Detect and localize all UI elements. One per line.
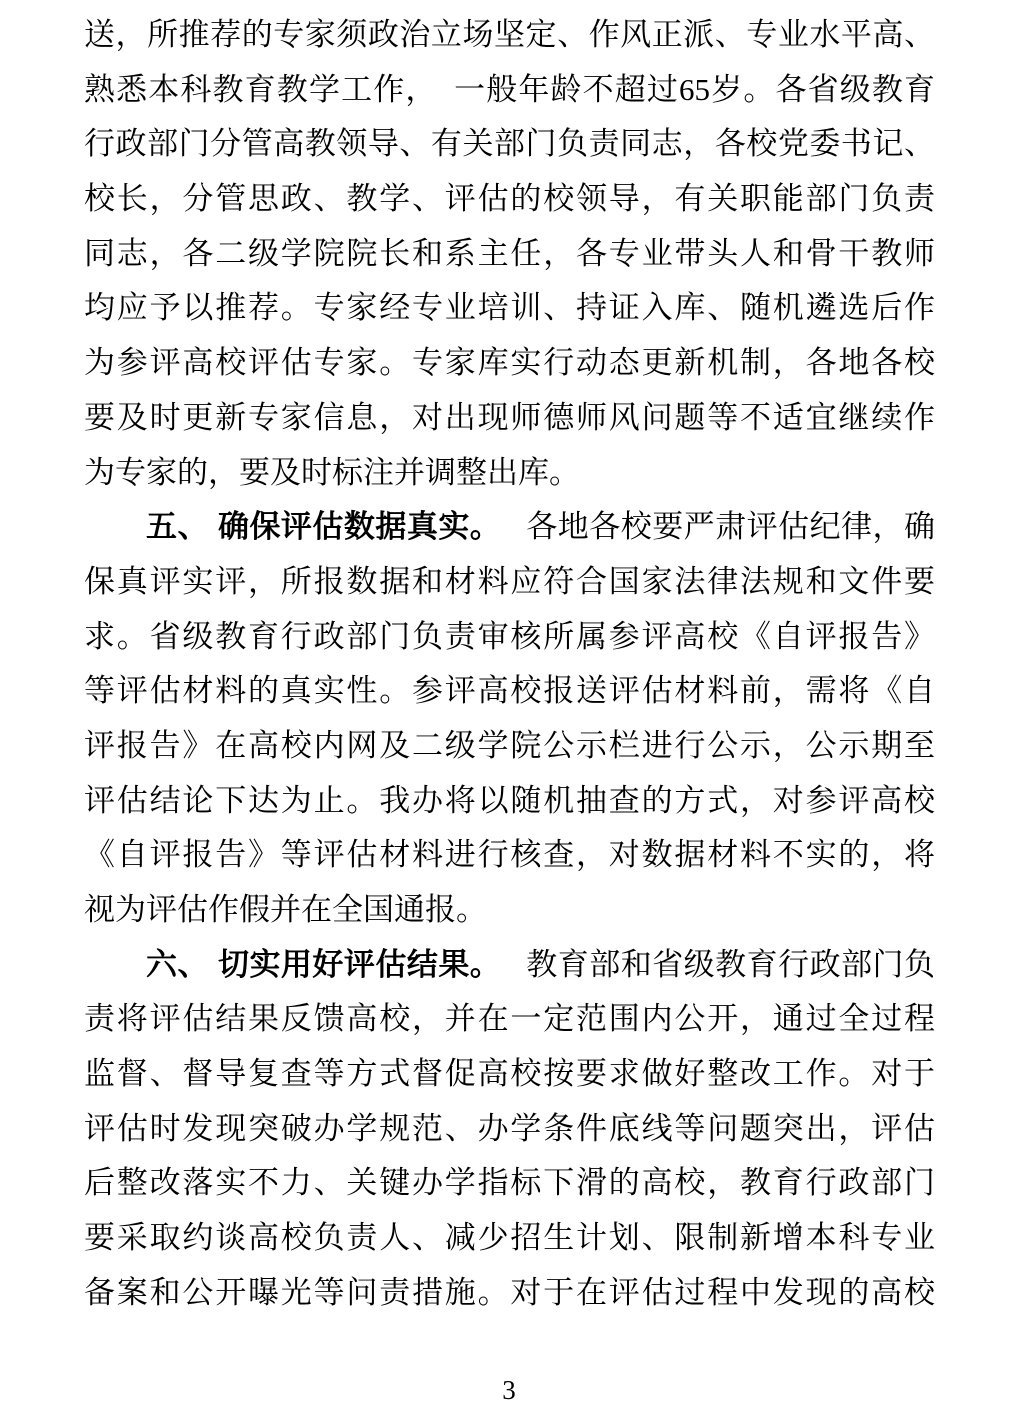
- heading-run: 切实用好评估结果。: [218, 947, 501, 982]
- text-line: 《自评报告》等评估材料进行核查，对数据材料不实的，将: [84, 828, 935, 883]
- heading-line: 六、切实用好评估结果。教育部和省级教育行政部门负: [84, 938, 935, 993]
- text-line: 评估时发现突破办学规范、办学条件底线等问题突出，评估: [84, 1102, 935, 1157]
- text-line: 为参评高校评估专家。专家库实行动态更新机制，各地各校: [84, 336, 935, 391]
- text-line: 行政部门分管高教领导、有关部门负责同志，各校党委书记、: [84, 117, 935, 172]
- text-line: 评报告》在高校内网及二级学院公示栏进行公示，公示期至: [84, 719, 935, 774]
- text-line: 求。省级教育行政部门负责审核所属参评高校《自评报告》: [84, 610, 935, 665]
- text-line: 要采取约谈高校负责人、减少招生计划、限制新增本科专业: [84, 1211, 935, 1266]
- text-line: 要及时更新专家信息，对出现师德师风问题等不适宜继续作: [84, 391, 935, 446]
- heading-run: 确保评估数据真实。: [218, 509, 501, 544]
- text-line: 评估结论下达为止。我办将以随机抽查的方式，对参评高校: [84, 774, 935, 829]
- text-block: 送，所推荐的专家须政治立场坚定、作风正派、专业水平高、熟悉本科教育教学工作， 一…: [84, 8, 935, 1321]
- line-text: 教育部和省级教育行政部门负: [526, 947, 935, 982]
- text-line: 后整改落实不力、关键办学指标下滑的高校，教育行政部门: [84, 1156, 935, 1211]
- text-line: 视为评估作假并在全国通报。: [84, 883, 935, 938]
- page-number: 3: [0, 1372, 1018, 1408]
- text-line: 均应予以推荐。专家经专业培训、持证入库、随机遴选后作: [84, 281, 935, 336]
- text-line: 同志，各二级学院院长和系主任，各专业带头人和骨干教师: [84, 227, 935, 282]
- text-line: 为专家的，要及时标注并调整出库。: [84, 446, 935, 501]
- text-line: 责将评估结果反馈高校，并在一定范围内公开，通过全过程: [84, 992, 935, 1047]
- text-line: 监督、督导复查等方式督促高校按要求做好整改工作。对于: [84, 1047, 935, 1102]
- document-page: 送，所推荐的专家须政治立场坚定、作风正派、专业水平高、熟悉本科教育教学工作， 一…: [0, 0, 1018, 1422]
- text-line: 熟悉本科教育教学工作， 一般年龄不超过65岁。各省级教育: [84, 63, 935, 118]
- heading-line: 五、确保评估数据真实。各地各校要严肃评估纪律，确: [84, 500, 935, 555]
- text-line: 等评估材料的真实性。参评高校报送评估材料前，需将《自: [84, 664, 935, 719]
- heading-run: 五、: [146, 509, 209, 544]
- text-line: 备案和公开曝光等问责措施。对于在评估过程中发现的高校: [84, 1266, 935, 1321]
- text-line: 校长，分管思政、教学、评估的校领导，有关职能部门负责: [84, 172, 935, 227]
- line-text: 各地各校要严肃评估纪律，确: [526, 509, 935, 544]
- text-line: 保真评实评，所报数据和材料应符合国家法律法规和文件要: [84, 555, 935, 610]
- heading-run: 六、: [146, 947, 209, 982]
- text-line: 送，所推荐的专家须政治立场坚定、作风正派、专业水平高、: [84, 8, 935, 63]
